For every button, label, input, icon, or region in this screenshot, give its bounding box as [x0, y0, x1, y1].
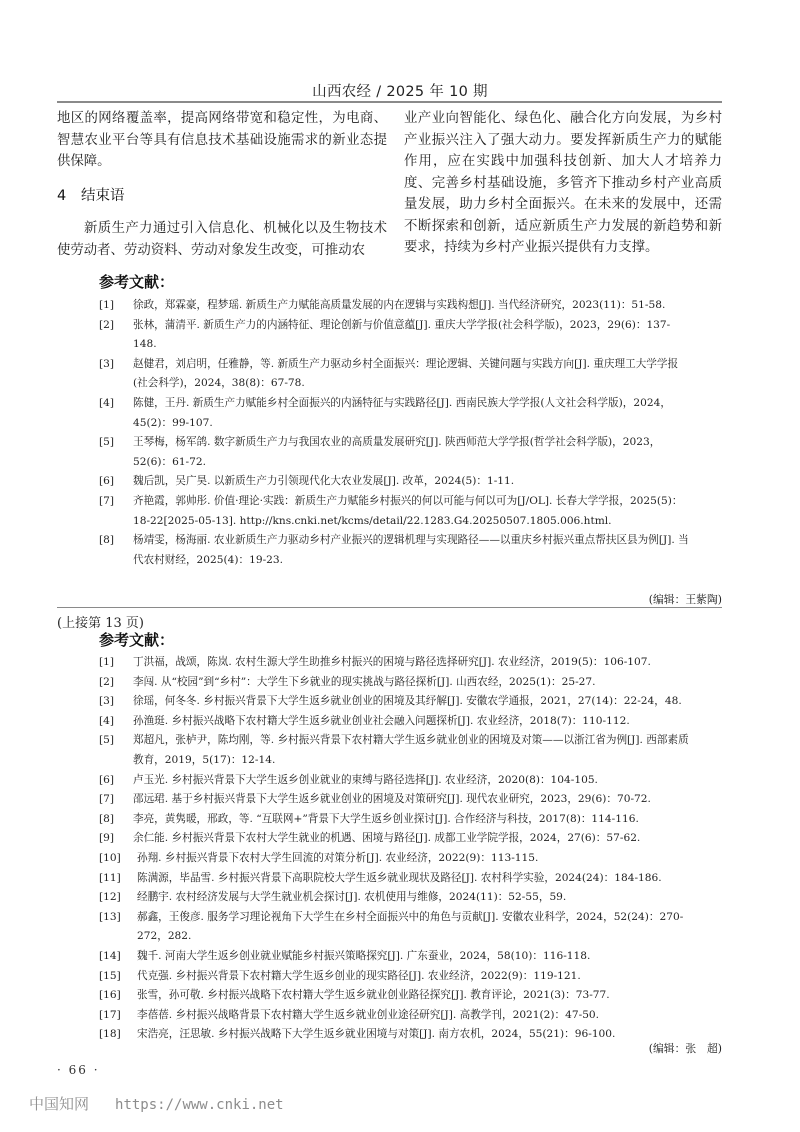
reference-item: [3]徐瑶，何冬冬. 乡村振兴背景下大学生返乡就业创业的困境及其纾解[J]. 安… — [99, 692, 689, 712]
section-number: 4 — [57, 186, 81, 208]
reference-item: [16]张雪，孙可敬. 乡村振兴战略下农村籍大学生返乡就业创业路径探究[J]. … — [99, 986, 689, 1006]
reference-item: [8]杨靖雯，杨海丽. 农业新质生产力驱动乡村产业振兴的逻辑机理与实现路径——以… — [99, 531, 689, 570]
reference-item: [9]余仁能. 乡村振兴背景下农村大学生就业的机遇、困境与路径[J]. 成都工业… — [99, 829, 689, 849]
article-divider — [57, 607, 722, 608]
paragraph-conclusion-end: 业产业向智能化、绿色化、融合化方向发展，为乡村产业振兴注入了强大动力。要发挥新质… — [404, 108, 722, 259]
reference-item: [8]李亮，黄隽暖，邢政，等. “互联网+”背景下大学生返乡创业探讨[J]. 合… — [99, 810, 689, 830]
reference-item: [3]赵健君，刘启明，任雅静，等. 新质生产力驱动乡村全面振兴：理论逻辑、关键问… — [99, 355, 689, 394]
running-header: 山西农经 / 2025 年 10 期 — [0, 80, 800, 101]
right-column: 业产业向智能化、绿色化、融合化方向发展，为乡村产业振兴注入了强大动力。要发挥新质… — [404, 108, 722, 259]
header-rule — [57, 101, 722, 103]
editor-credit-a: (编辑：王紫陶) — [649, 592, 722, 607]
reference-item: [1]丁洪福，战颂，陈岚. 农村生源大学生助推乡村振兴的困境与路径选择研究[J]… — [99, 653, 689, 673]
watermark-name: 中国知网 — [29, 1095, 89, 1113]
left-column: 地区的网络覆盖率，提高网络带宽和稳定性，为电商、智慧农业平台等具有信息技术基础设… — [57, 108, 387, 261]
editor-credit-b: (编辑：张 超) — [649, 1041, 722, 1056]
reference-item: [2]李闯. 从“校园”到“乡村”：大学生下乡就业的现实挑战与路径探析[J]. … — [99, 673, 689, 693]
paragraph-conclusion-start: 新质生产力通过引入信息化、机械化以及生物技术使劳动者、劳动资料、劳动对象发生改变… — [57, 218, 387, 261]
reference-item: [1]徐政，郑霖豪，程梦瑶. 新质生产力赋能高质量发展的内在逻辑与实践构想[J]… — [99, 296, 689, 316]
references-heading: 参考文献： — [99, 271, 174, 292]
reference-item: [17]李蓓蓓. 乡村振兴战略背景下农村籍大学生返乡就业创业途径研究[J]. 高… — [99, 1006, 689, 1026]
reference-item: [14]魏千. 河南大学生返乡创业就业赋能乡村振兴策略探究[J]. 广东蚕业，2… — [99, 947, 689, 967]
page-number: · 66 · — [57, 1063, 100, 1077]
reference-item: [6]魏后凯，吴广昊. 以新质生产力引领现代化大农业发展[J]. 改革，2024… — [99, 472, 689, 492]
reference-item: [5]郑超凡，张栌尹，陈均刚，等. 乡村振兴背景下农村籍大学生返乡就业创业的困境… — [99, 731, 689, 770]
reference-item: [4]陈健，王丹. 新质生产力赋能乡村全面振兴的内涵特征与实践路径[J]. 西南… — [99, 394, 689, 433]
watermark-url[interactable]: https://www.cnki.net — [115, 1097, 284, 1113]
reference-item: [6]卢玉光. 乡村振兴背景下大学生返乡创业就业的束缚与路径选择[J]. 农业经… — [99, 771, 689, 791]
reference-item: [11]陈满源，毕晶雪. 乡村振兴背景下高职院校大学生返乡就业现状及路径[J].… — [99, 869, 689, 889]
reference-item: [10]孙翔. 乡村振兴背景下农村大学生回流的对策分析[J]. 农业经济，202… — [99, 849, 689, 869]
cnki-watermark: 中国知网https://www.cnki.net — [29, 1093, 284, 1114]
reference-list-a: [1]徐政，郑霖豪，程梦瑶. 新质生产力赋能高质量发展的内在逻辑与实践构想[J]… — [99, 296, 689, 570]
reference-item: [2]张林，蒲清平. 新质生产力的内涵特征、理论创新与价值意蕴[J]. 重庆大学… — [99, 316, 689, 355]
reference-item: [7]邵远珺. 基于乡村振兴背景下大学生返乡就业创业的困境及对策研究[J]. 现… — [99, 790, 689, 810]
references-heading: 参考文献： — [99, 629, 174, 650]
reference-item: [13]郝鑫，王俊彦. 服务学习理论视角下大学生在乡村全面振兴中的角色与贡献[J… — [99, 908, 689, 947]
reference-item: [4]孙渔珽. 乡村振兴战略下农村籍大学生返乡就业创业社会融入问题探析[J]. … — [99, 712, 689, 732]
section-title: 结束语 — [81, 188, 125, 204]
reference-item: [12]经鹏宇. 农村经济发展与大学生就业机会探讨[J]. 农机使用与维修，20… — [99, 888, 689, 908]
section-heading: 4结束语 — [57, 186, 387, 208]
reference-item: [5]王琴梅，杨军鸽. 数字新质生产力与我国农业的高质量发展研究[J]. 陕西师… — [99, 433, 689, 472]
reference-list-b: [1]丁洪福，战颂，陈岚. 农村生源大学生助推乡村振兴的困境与路径选择研究[J]… — [99, 653, 689, 1045]
paragraph-continued: 地区的网络覆盖率，提高网络带宽和稳定性，为电商、智慧农业平台等具有信息技术基础设… — [57, 108, 387, 173]
reference-item: [7]齐艳霞，郭帅彤. 价值·理论·实践：新质生产力赋能乡村振兴的何以可能与何以… — [99, 492, 689, 531]
reference-item: [15]代克强. 乡村振兴背景下农村籍大学生返乡创业的现实路径[J]. 农业经济… — [99, 967, 689, 987]
reference-item: [18]宋浩亮，汪思敏. 乡村振兴战略下大学生返乡就业困境与对策[J]. 南方农… — [99, 1025, 689, 1045]
